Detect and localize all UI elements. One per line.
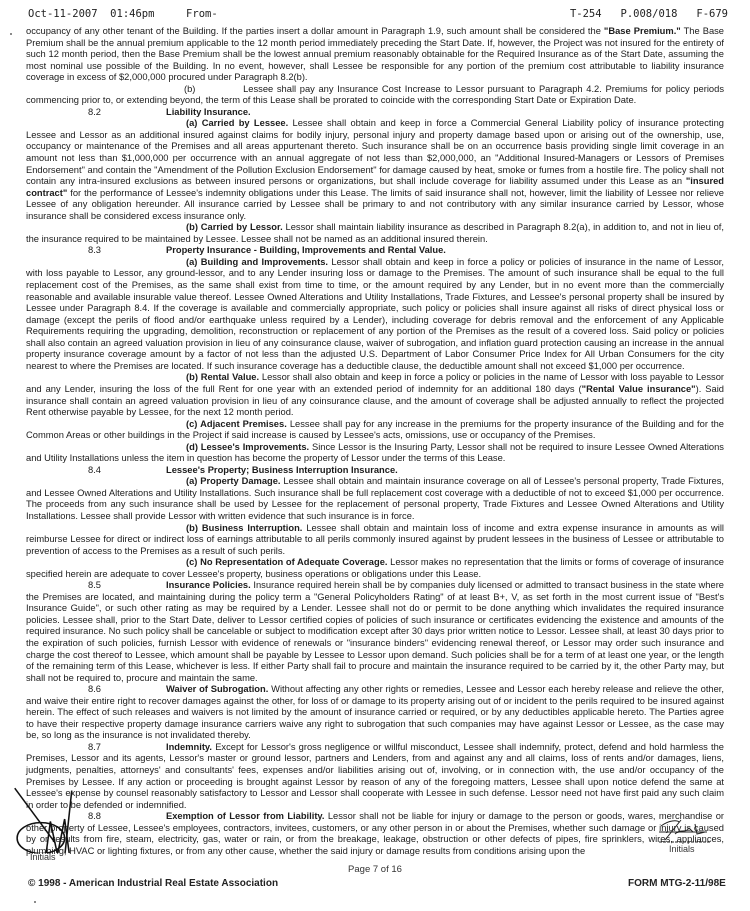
initials-label-left: Initials	[30, 852, 56, 862]
section-number: 8.4	[88, 465, 166, 477]
section-title: Lessee's Property; Business Interruption…	[166, 465, 398, 475]
fax-transmission-id: T-254	[570, 8, 602, 20]
fax-from: From-	[186, 8, 218, 20]
paragraph-8-2-b: (b) Carried by Lessor. Lessor shall main…	[26, 222, 724, 245]
fax-header: Oct-11-2007 01:46pm From- T-254 P.008/01…	[28, 8, 728, 22]
section-number: 8.2	[88, 107, 166, 119]
section-title: Property Insurance - Building, Improveme…	[166, 245, 446, 255]
paragraph-8-3-b: (b) Rental Value. Lessor shall also obta…	[26, 372, 724, 418]
paragraph-base-premium: occupancy of any other tenant of the Bui…	[26, 26, 724, 84]
section-8-3-heading: 8.3Property Insurance - Building, Improv…	[26, 245, 724, 257]
section-title: Insurance Policies.	[166, 580, 251, 590]
initials-label-right: Initials	[669, 844, 695, 854]
scan-speck	[34, 901, 36, 903]
paragraph-8-3-d: (d) Lessee's Improvements. Since Lessor …	[26, 442, 724, 465]
section-8-8: 8.8Exemption of Lessor from Liability. L…	[26, 811, 724, 857]
paragraph-8-4-a: (a) Property Damage. Lessee shall obtain…	[26, 476, 724, 522]
section-number: 8.3	[88, 245, 166, 257]
section-8-2-heading: 8.2Liability Insurance.	[26, 107, 724, 119]
fax-datetime: Oct-11-2007 01:46pm	[28, 8, 154, 20]
section-8-4-heading: 8.4Lessee's Property; Business Interrupt…	[26, 465, 724, 477]
paragraph-8-1-b: (b) Lessee shall pay any Insurance Cost …	[26, 84, 724, 107]
form-identifier: FORM MTG-2-11/98E	[628, 878, 726, 889]
section-8-6: 8.6Waiver of Subrogation. Without affect…	[26, 684, 724, 742]
section-number: 8.7	[88, 742, 166, 754]
copyright-notice: © 1998 - American Industrial Real Estate…	[28, 878, 278, 889]
section-number: 8.6	[88, 684, 166, 696]
section-title: Exemption of Lessor from Liability.	[166, 811, 325, 821]
page-number: Page 7 of 16	[0, 864, 750, 875]
paragraph-8-2-a: (a) Carried by Lessee. Lessee shall obta…	[26, 118, 724, 222]
paragraph-8-3-a: (a) Building and Improvements. Lessor sh…	[26, 257, 724, 372]
fax-header-right: T-254 P.008/018 F-679	[570, 8, 728, 20]
fax-id: F-679	[696, 8, 728, 20]
section-title: Liability Insurance.	[166, 107, 251, 117]
scan-speck	[10, 33, 12, 35]
paragraph-8-4-b: (b) Business Interruption. Lessee shall …	[26, 523, 724, 558]
section-title: Waiver of Subrogation.	[166, 684, 268, 694]
paragraph-8-3-c: (c) Adjacent Premises. Lessee shall pay …	[26, 419, 724, 442]
lessee-initials-signature	[10, 778, 105, 853]
section-8-7: 8.7Indemnity. Except for Lessor's gross …	[26, 742, 724, 811]
section-number: 8.5	[88, 580, 166, 592]
paragraph-8-4-c: (c) No Representation of Adequate Covera…	[26, 557, 724, 580]
section-title: Indemnity.	[166, 742, 212, 752]
fax-header-left: Oct-11-2007 01:46pm From-	[28, 8, 218, 20]
lease-page-body: occupancy of any other tenant of the Bui…	[26, 26, 724, 857]
fax-page-ref: P.008/018	[621, 8, 678, 20]
section-8-5: 8.5Insurance Policies. Insurance require…	[26, 580, 724, 684]
